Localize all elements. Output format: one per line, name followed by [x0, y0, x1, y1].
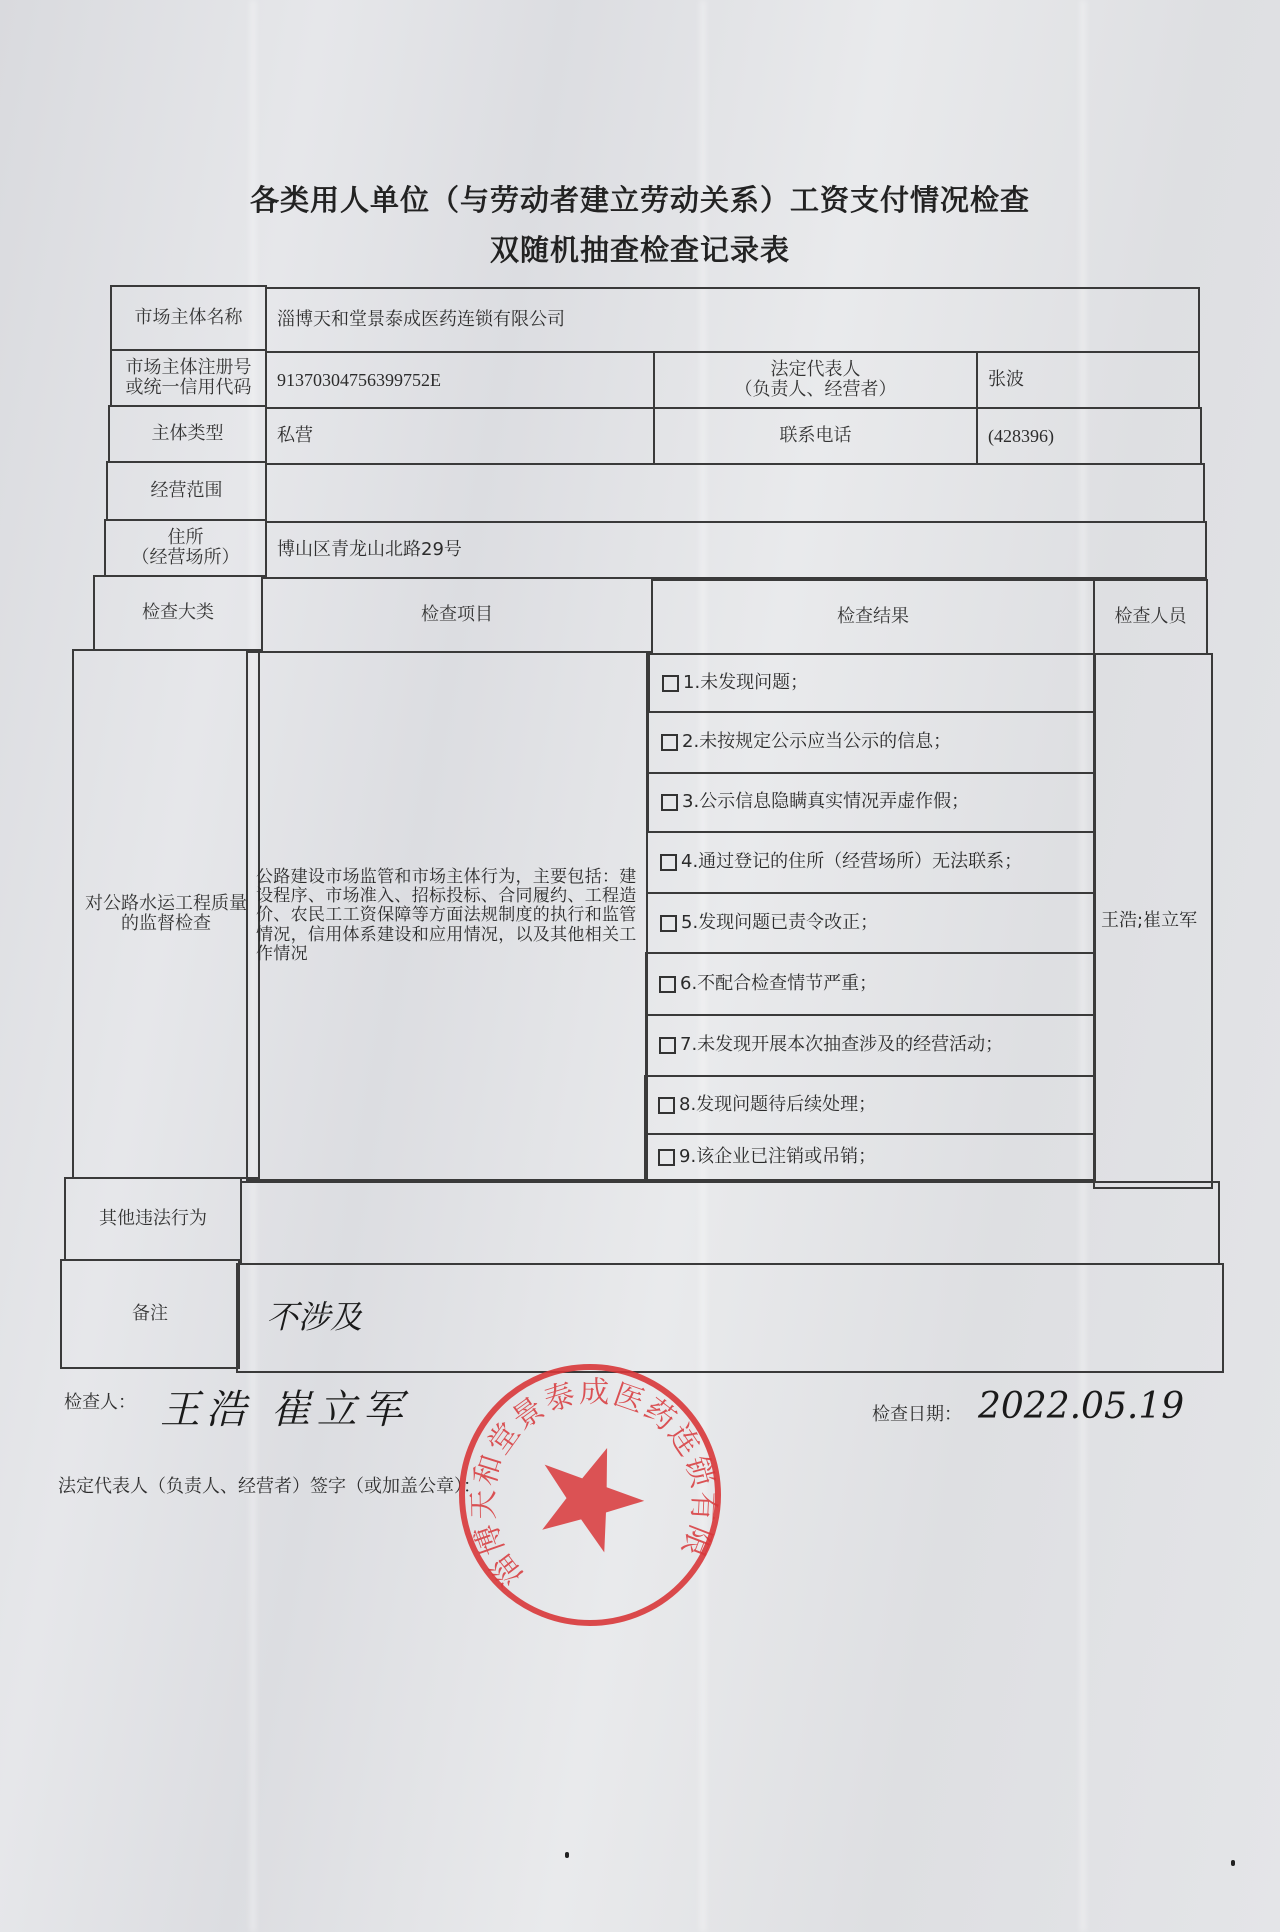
- checkbox-icon[interactable]: [659, 976, 676, 993]
- legal-rep-value: 张波: [976, 351, 1200, 409]
- result-option-label: 7.未发现开展本次抽查涉及的经营活动；: [680, 1035, 1003, 1055]
- result-option-label: 3.公示信息隐瞒真实情况弄虚作假；: [682, 792, 969, 812]
- header-result: 检查结果: [651, 579, 1095, 655]
- other-violations-label: 其他违法行为: [64, 1177, 242, 1261]
- checkbox-icon[interactable]: [658, 1149, 675, 1166]
- result-option[interactable]: 8.发现问题待后续处理；: [644, 1075, 1096, 1135]
- scope-label: 经营范围: [106, 461, 267, 521]
- result-option[interactable]: 6.不配合检查情节严重；: [645, 952, 1096, 1016]
- result-option-label: 4.通过登记的住所（经营场所）无法联系；: [681, 852, 1022, 872]
- scope-value: [265, 463, 1205, 523]
- company-seal: 淄博天和堂景泰成医药连锁有限公司: [455, 1360, 725, 1630]
- date-label: 检查日期：: [872, 1400, 962, 1426]
- date-value: 2022.05.19: [978, 1386, 1184, 1427]
- name-label: 市场主体名称: [110, 285, 267, 351]
- header-category: 检查大类: [93, 575, 263, 651]
- checkbox-icon[interactable]: [661, 794, 678, 811]
- result-option[interactable]: 1.未发现问题；: [648, 653, 1096, 713]
- checkbox-icon[interactable]: [661, 734, 678, 751]
- phone-label: 联系电话: [653, 407, 978, 465]
- inspection-category: 对公路水运工程质量的监督检查: [72, 649, 260, 1179]
- checkbox-icon[interactable]: [660, 915, 677, 932]
- checkbox-icon[interactable]: [660, 854, 677, 871]
- result-option-label: 8.发现问题待后续处理；: [679, 1095, 876, 1115]
- reg-label: 市场主体注册号 或统一信用代码: [110, 349, 267, 407]
- inspector-signature: 王浩 崔立军: [160, 1378, 409, 1435]
- result-option[interactable]: 9.该企业已注销或吊销；: [644, 1133, 1096, 1181]
- remarks-handwriting: 不涉及: [266, 1300, 362, 1336]
- checkbox-icon[interactable]: [658, 1097, 675, 1114]
- type-label: 主体类型: [108, 405, 267, 463]
- inspection-item-text: 公路建设市场监管和市场主体行为，主要包括：建设程序、市场准入、招标投标、合同履约…: [256, 868, 638, 963]
- phone-value: (428396): [976, 407, 1202, 465]
- document-subtitle: 双随机抽查检查记录表: [0, 228, 1280, 269]
- result-option-label: 9.该企业已注销或吊销；: [679, 1147, 876, 1167]
- result-option[interactable]: 2.未按规定公示应当公示的信息；: [647, 711, 1096, 774]
- result-option-label: 5.发现问题已责令改正；: [681, 913, 878, 933]
- result-option[interactable]: 3.公示信息隐瞒真实情况弄虚作假；: [647, 772, 1096, 833]
- name-value: 淄博天和堂景泰成医药连锁有限公司: [265, 287, 1200, 353]
- other-violations-value: [240, 1181, 1220, 1265]
- result-option[interactable]: 5.发现问题已责令改正；: [646, 892, 1096, 954]
- remarks-label: 备注: [60, 1259, 240, 1369]
- header-inspectors: 检查人员: [1093, 579, 1208, 655]
- star-icon: [523, 1430, 656, 1559]
- result-option-label: 6.不配合检查情节严重；: [680, 974, 877, 994]
- checkbox-icon[interactable]: [662, 675, 679, 692]
- result-option-label: 2.未按规定公示应当公示的信息；: [682, 732, 951, 752]
- header-item: 检查项目: [261, 577, 653, 653]
- document-title: 各类用人单位（与劳动者建立劳动关系）工资支付情况检查: [0, 178, 1280, 219]
- result-option[interactable]: 4.通过登记的住所（经营场所）无法联系；: [646, 831, 1096, 894]
- address-label: 住所 （经营场所）: [104, 519, 267, 577]
- checkbox-icon[interactable]: [659, 1037, 676, 1054]
- reg-value: 91370304756399752E: [265, 351, 655, 409]
- remarks-value-cell: 不涉及: [236, 1263, 1224, 1373]
- inspector-label: 检查人：: [64, 1388, 136, 1414]
- legal-rep-label: 法定代表人 （负责人、经营者）: [653, 351, 978, 409]
- type-value: 私营: [265, 407, 655, 465]
- result-option-label: 1.未发现问题；: [683, 673, 808, 693]
- legal-sign-label: 法定代表人（负责人、经营者）签字（或加盖公章）：: [58, 1472, 481, 1498]
- address-value: 博山区青龙山北路29号: [265, 521, 1207, 579]
- inspection-item: 公路建设市场监管和市场主体行为，主要包括：建设程序、市场准入、招标投标、合同履约…: [246, 651, 648, 1181]
- inspectors-value: 王浩;崔立军: [1093, 653, 1213, 1189]
- result-option[interactable]: 7.未发现开展本次抽查涉及的经营活动；: [645, 1014, 1096, 1077]
- inspectors-text: 王浩;崔立军: [1101, 911, 1197, 931]
